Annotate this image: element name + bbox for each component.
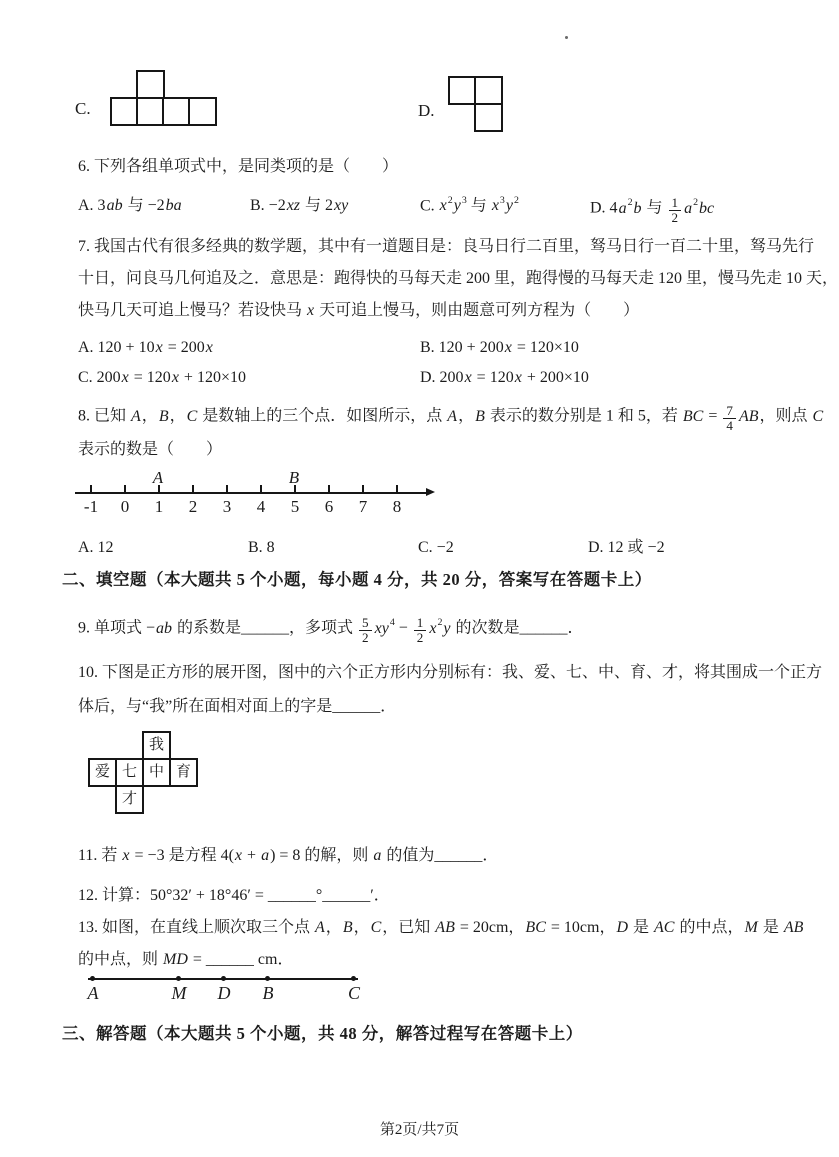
tick-label: 1 [144, 497, 174, 517]
poly-cell [474, 76, 503, 105]
option-d-figure: D. [418, 70, 568, 145]
number-line-figure: A B -1 0 1 2 3 4 5 6 7 8 [75, 468, 455, 526]
poly-cell [136, 97, 165, 126]
tick-label: 4 [246, 497, 276, 517]
tick [124, 485, 126, 492]
q8-option-c: C. −2 [418, 538, 454, 559]
tick [260, 485, 262, 492]
q6-option-b: B. −2xz 与 2xy [250, 196, 349, 217]
q7-option-a: A. 120 + 10x = 200x [78, 338, 214, 359]
tick [158, 485, 160, 492]
tick-label: 2 [178, 497, 208, 517]
poly-cell [136, 70, 165, 99]
q13-stem-line1: 13. 如图，在直线上顺次取三个点 A，B，C，已知 AB = 20cm，BC … [78, 918, 804, 939]
section-2-header: 二、填空题（本大题共 5 个小题，每小题 4 分，共 20 分，答案写在答题卡上… [62, 569, 652, 590]
q8-option-d: D. 12 或 −2 [588, 538, 665, 559]
option-c-label: C. [75, 98, 91, 120]
q13-stem-line2: 的中点，则 MD = ______ cm． [78, 950, 293, 971]
question-12: 12. 计算：50°32′ + 18°46′ = ______°______′． [78, 886, 390, 907]
net-cell: 才 [115, 785, 144, 814]
tick [226, 485, 228, 492]
q8-stem-line1: 8. 已知 A，B，C 是数轴上的三个点．如图所示，点 A，B 表示的数分别是 … [78, 404, 824, 433]
q6-option-d: D. 4a2b 与 12a2bc [590, 196, 715, 225]
tick-label: 6 [314, 497, 344, 517]
q7-option-c: C. 200x = 120x + 120×10 [78, 368, 246, 389]
net-cell: 育 [169, 758, 198, 787]
page-number: 第2页/共7页 [0, 1118, 839, 1139]
point-dot [176, 976, 181, 981]
q8-option-a: A. 12 [78, 538, 114, 559]
point-dot [265, 976, 270, 981]
numberline-axis [75, 492, 429, 494]
option-c-figure: C. [70, 70, 410, 145]
segment-point-label: A [81, 983, 105, 1004]
net-cell: 中 [142, 758, 171, 787]
q6-option-a: A. 3ab 与 −2ba [78, 196, 183, 217]
q7-stem-line3: 快马几天可追上慢马？若设快马 x 天可追上慢马，则由题意可列方程为（ ） [78, 301, 639, 322]
q8-option-b: B. 8 [248, 538, 275, 559]
poly-cell [448, 76, 477, 105]
point-dot [90, 976, 95, 981]
net-cell: 七 [115, 758, 144, 787]
tick-label: 3 [212, 497, 242, 517]
q10-stem-line2: 体后，与“我”所在面相对面上的字是______． [78, 697, 396, 718]
numberline-arrow-icon [426, 488, 435, 496]
q7-stem-line2: 十日，问良马几何追及之．意思是：跑得快的马每天走 200 里，跑得慢的马每天走 … [78, 269, 838, 290]
polyomino-c [110, 70, 220, 130]
q7-option-b: B. 120 + 200x = 120×10 [420, 338, 579, 359]
tick [192, 485, 194, 492]
tick [396, 485, 398, 492]
point-dot [221, 976, 226, 981]
tick-label: -1 [76, 497, 106, 517]
segment-point-label: B [256, 983, 280, 1004]
tick [362, 485, 364, 492]
question-11: 11. 若 x = −3 是方程 4(x + a) = 8 的解，则 a 的值为… [78, 846, 498, 867]
poly-cell [162, 97, 191, 126]
q8-stem-line2: 表示的数是（ ） [78, 440, 222, 461]
q6-stem: 6. 下列各组单项式中，是同类项的是（ ） [78, 157, 398, 178]
poly-cell [474, 103, 503, 132]
stray-mark [565, 36, 568, 39]
segment-point-label: M [167, 983, 191, 1004]
tick [294, 485, 296, 492]
q6-option-c: C. x2y3 与 x3y2 [420, 196, 519, 217]
segment-point-label: C [342, 983, 366, 1004]
tick-label: 0 [110, 497, 140, 517]
segment-point-label: D [212, 983, 236, 1004]
cube-net-figure: 我 爱 七 中 育 才 [88, 731, 200, 816]
question-9: 9. 单项式 −ab 的系数是______，多项式 52xy4 − 12x2y … [78, 616, 584, 645]
tick [328, 485, 330, 492]
exam-page: C. D. 6. 下列各组单项式中，是同类项的是（ ） A. 3ab 与 −2b… [0, 0, 839, 1157]
point-dot [351, 976, 356, 981]
q7-option-d: D. 200x = 120x + 200×10 [420, 368, 589, 389]
net-cell: 我 [142, 731, 171, 760]
q10-stem-line1: 10. 下图是正方形的展开图，图中的六个正方形内分别标有：我、爱、七、中、育、才… [78, 663, 822, 684]
segment-figure: A M D B C [88, 970, 378, 1010]
section-3-header: 三、解答题（本大题共 5 个小题，共 48 分，解答过程写在答题卡上） [62, 1023, 583, 1044]
q7-stem-line1: 7. 我国古代有很多经典的数学题，其中有一道题目是：良马日行二百里，驽马日行一百… [78, 237, 814, 258]
option-d-label: D. [418, 100, 435, 122]
polyomino-d [448, 76, 508, 136]
tick [90, 485, 92, 492]
tick-label: 8 [382, 497, 412, 517]
tick-label: 7 [348, 497, 378, 517]
poly-cell [188, 97, 217, 126]
poly-cell [110, 97, 139, 126]
tick-label: 5 [280, 497, 310, 517]
net-cell: 爱 [88, 758, 117, 787]
